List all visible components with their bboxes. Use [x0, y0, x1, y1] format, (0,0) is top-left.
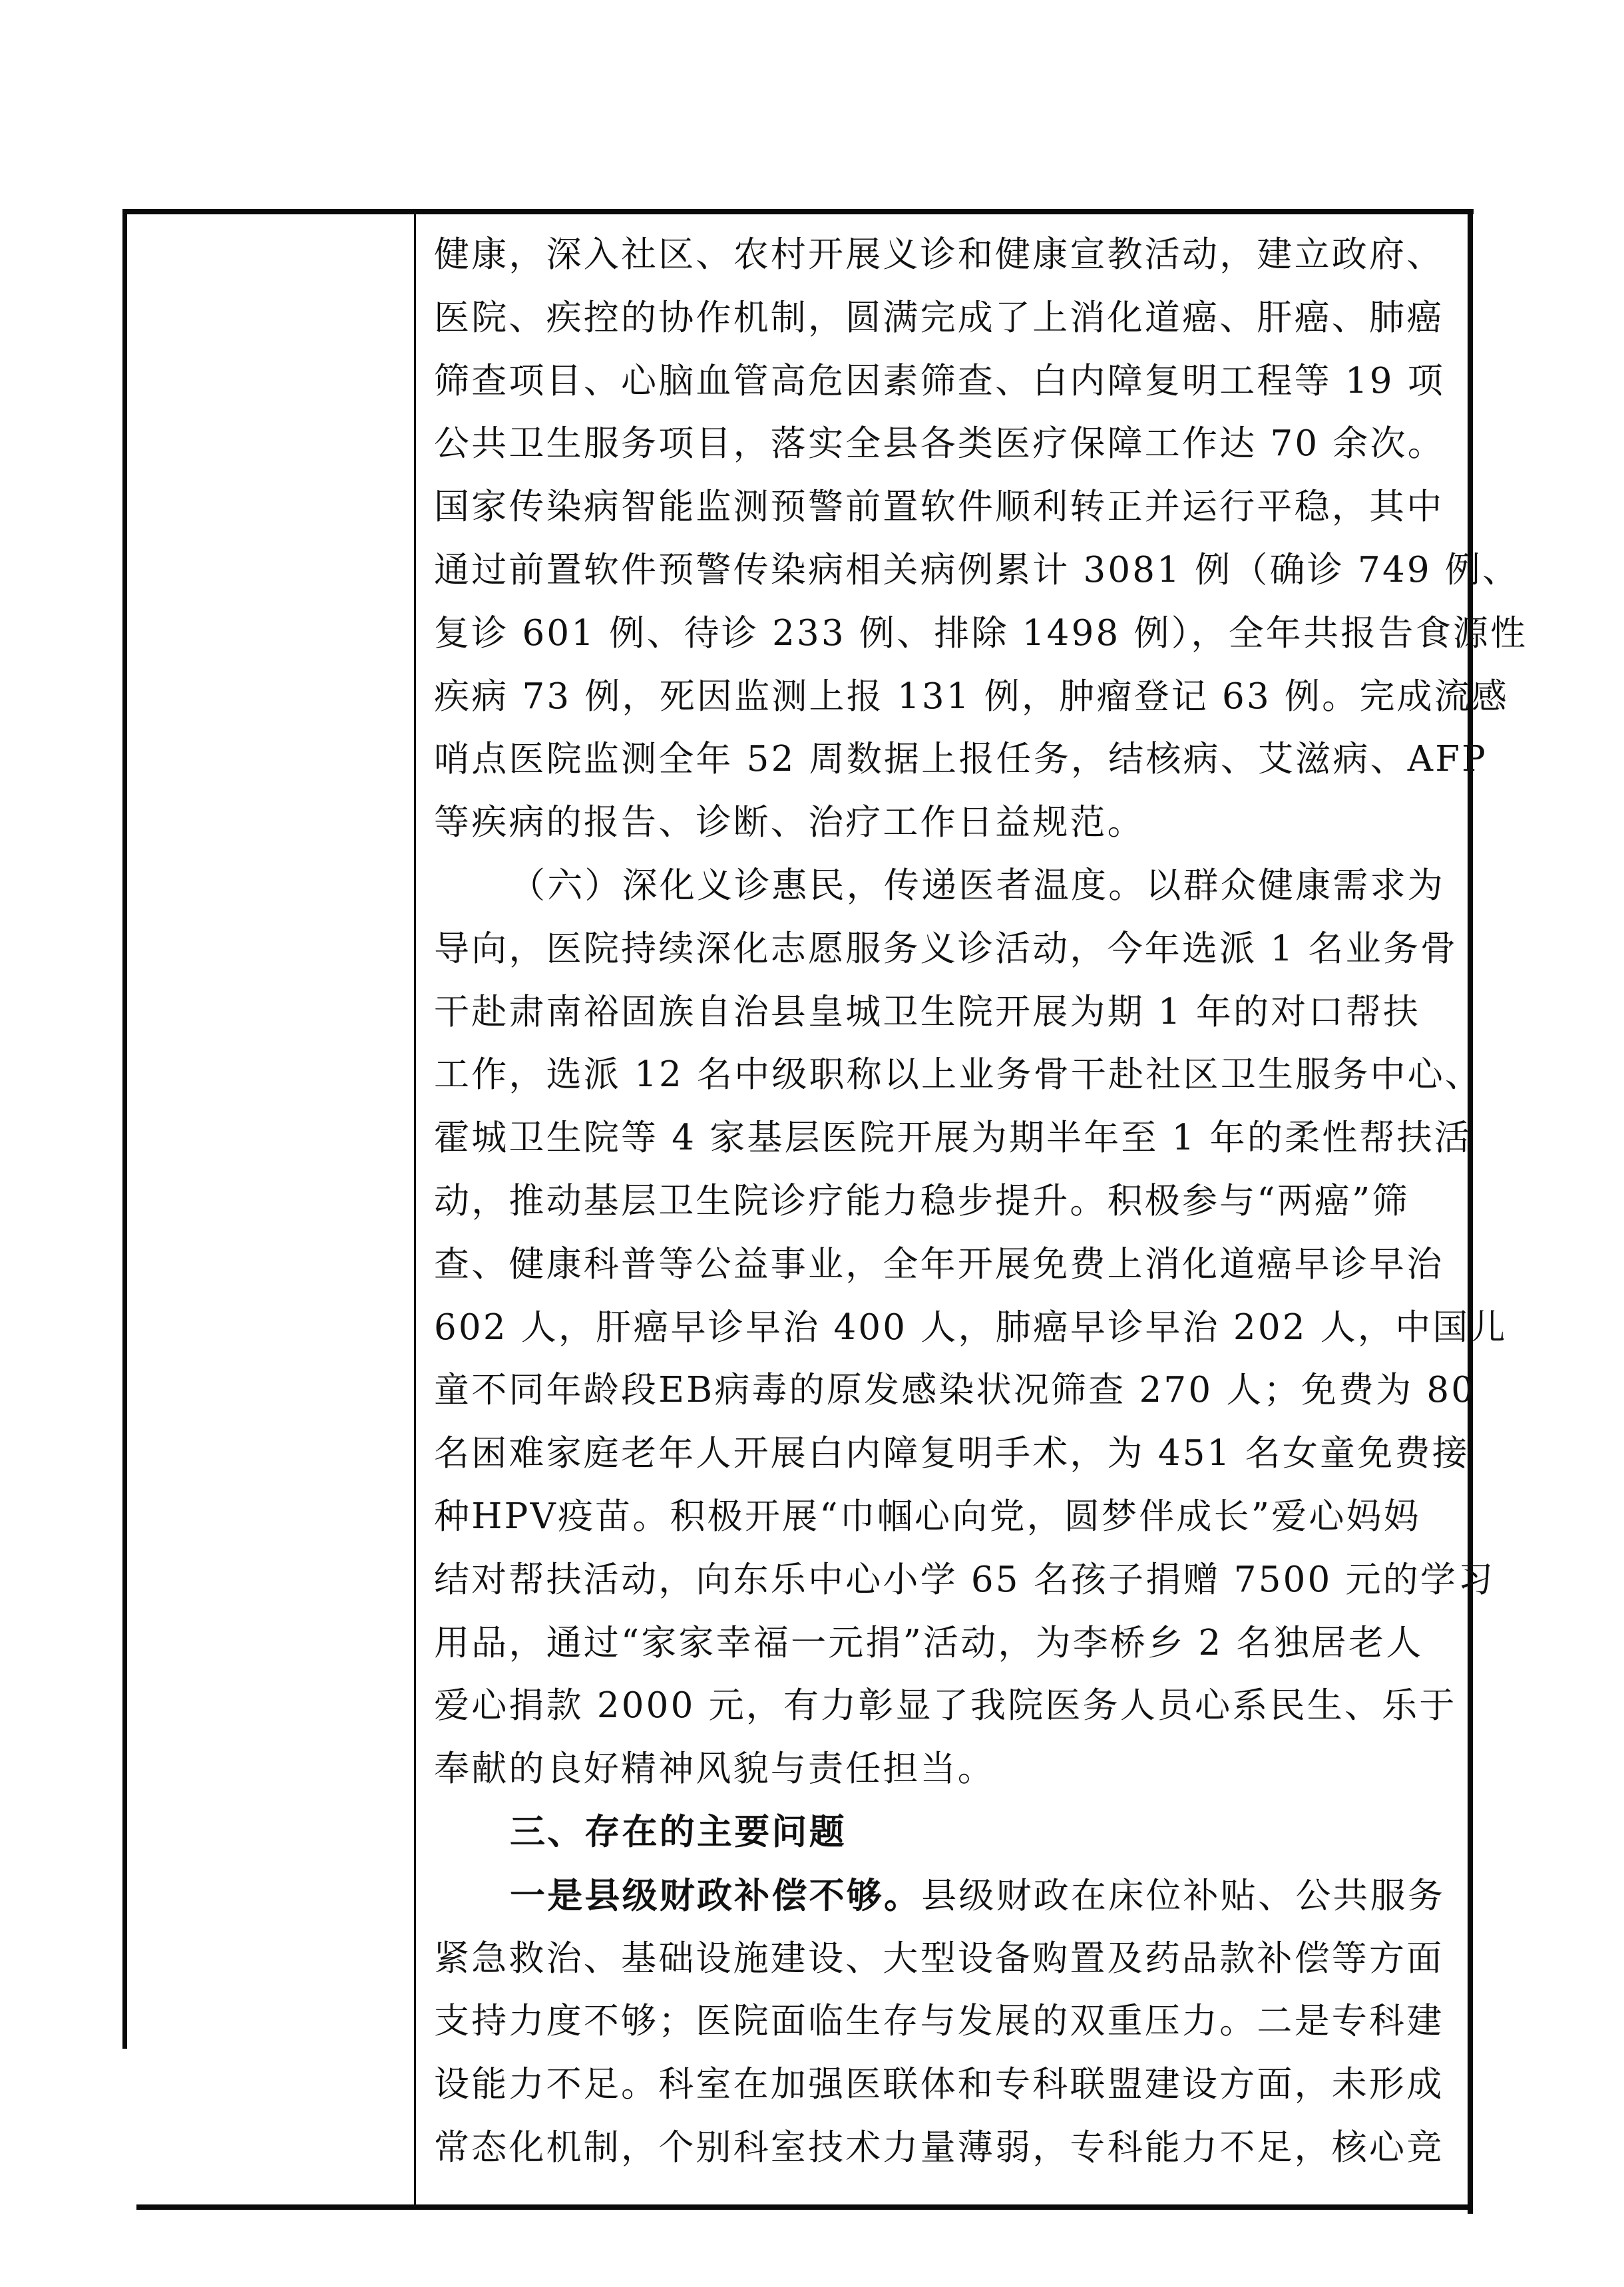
- text-line: 等疾病的报告、诊断、治疗工作日益规范。: [434, 791, 1464, 855]
- paragraph-section-six-free-clinic: （六）深化义诊惠民，传递医者温度。以群众健康需求为 导向，医院持续深化志愿服务义…: [434, 855, 1464, 1801]
- text-line: 动，推动基层卫生院诊疗能力稳步提升。积极参与“两癌”筛: [434, 1170, 1464, 1233]
- text-line: 设能力不足。科室在加强医联体和专科联盟建设方面，未形成: [434, 2053, 1464, 2117]
- table-content-cell: 健康，深入社区、农村开展义诊和健康宣教活动，建立政府、 医院、疾控的协作机制，圆…: [434, 224, 1464, 2180]
- text-line: 常态化机制，个别科室技术力量薄弱，专科能力不足，核心竞: [434, 2117, 1464, 2180]
- text-line: 复诊 601 例、待诊 233 例、排除 1498 例），全年共报告食源性: [434, 602, 1464, 666]
- text-line: 干赴肃南裕固族自治县皇城卫生院开展为期 1 年的对口帮扶: [434, 981, 1464, 1044]
- table-border-bottom: [136, 2204, 1473, 2210]
- text-line: 国家传染病智能监测预警前置软件顺利转正并运行平稳，其中: [434, 476, 1464, 539]
- text-line: 医院、疾控的协作机制，圆满完成了上消化道癌、肝癌、肺癌: [434, 287, 1464, 350]
- table-column-divider: [414, 212, 416, 2207]
- problem-one-line: 一是县级财政补偿不够。县级财政在床位补贴、公共服务: [434, 1864, 1464, 1928]
- text-line: 用品，通过“家家幸福一元捐”活动，为李桥乡 2 名独居老人: [434, 1612, 1464, 1675]
- text-line: 筛查项目、心脑血管高危因素筛查、白内障复明工程等 19 项: [434, 350, 1464, 413]
- text-line: 公共卫生服务项目，落实全县各类医疗保障工作达 70 余次。: [434, 413, 1464, 476]
- table-label-cell-empty: [127, 214, 414, 2204]
- table-border-right: [1468, 209, 1473, 2214]
- problem-one-text: 县级财政在床位补贴、公共服务: [921, 1876, 1445, 1916]
- text-line: 疾病 73 例，死因监测上报 131 例，肿瘤登记 63 例。完成流感: [434, 666, 1464, 729]
- text-line: 爱心捐款 2000 元，有力彰显了我院医务人员心系民生、乐于: [434, 1675, 1464, 1738]
- text-line: 结对帮扶活动，向东乐中心小学 65 名孩子捐赠 7500 元的学习: [434, 1549, 1464, 1612]
- text-line: 哨点医院监测全年 52 周数据上报任务，结核病、艾滋病、AFP: [434, 728, 1464, 791]
- problem-one-lead: 一是县级财政补偿不够。: [510, 1875, 921, 1916]
- text-line: 霍城卫生院等 4 家基层医院开展为期半年至 1 年的柔性帮扶活: [434, 1107, 1464, 1170]
- text-line: 童不同年龄段EB病毒的原发感染状况筛查 270 人；免费为 80: [434, 1359, 1464, 1422]
- text-line: 查、健康科普等公益事业，全年开展免费上消化道癌早诊早治: [434, 1233, 1464, 1297]
- text-line: 名困难家庭老年人开展白内障复明手术，为 451 名女童免费接: [434, 1422, 1464, 1486]
- text-line: 紧急救治、基础设施建设、大型设备购置及药品款补偿等方面: [434, 1928, 1464, 1991]
- table-border-top: [126, 209, 1474, 214]
- text-line: 602 人，肝癌早诊早治 400 人，肺癌早诊早治 202 人，中国儿: [434, 1297, 1464, 1360]
- text-line: 种HPV疫苗。积极开展“巾帼心向党，圆梦伴成长”爱心妈妈: [434, 1486, 1464, 1549]
- text-line: 健康，深入社区、农村开展义诊和健康宣教活动，建立政府、: [434, 224, 1464, 287]
- text-line: 导向，医院持续深化志愿服务义诊活动，今年选派 1 名业务骨: [434, 918, 1464, 981]
- paragraph-main-problems: 一是县级财政补偿不够。县级财政在床位补贴、公共服务 紧急救治、基础设施建设、大型…: [434, 1864, 1464, 2180]
- text-line: 奉献的良好精神风貌与责任担当。: [434, 1738, 1464, 1801]
- text-line: 工作，选派 12 名中级职称以上业务骨干赴社区卫生服务中心、: [434, 1044, 1464, 1107]
- section-six-heading-line: （六）深化义诊惠民，传递医者温度。以群众健康需求为: [434, 855, 1464, 918]
- paragraph-public-health-continued: 健康，深入社区、农村开展义诊和健康宣教活动，建立政府、 医院、疾控的协作机制，圆…: [434, 224, 1464, 855]
- table-border-left: [122, 209, 127, 2049]
- text-line: 通过前置软件预警传染病相关病例累计 3081 例（确诊 749 例、: [434, 539, 1464, 602]
- document-page: 健康，深入社区、农村开展义诊和健康宣教活动，建立政府、 医院、疾控的协作机制，圆…: [0, 0, 1624, 2287]
- section-three-heading: 三、存在的主要问题: [434, 1801, 1464, 1864]
- text-line: 支持力度不够；医院面临生存与发展的双重压力。二是专科建: [434, 1990, 1464, 2053]
